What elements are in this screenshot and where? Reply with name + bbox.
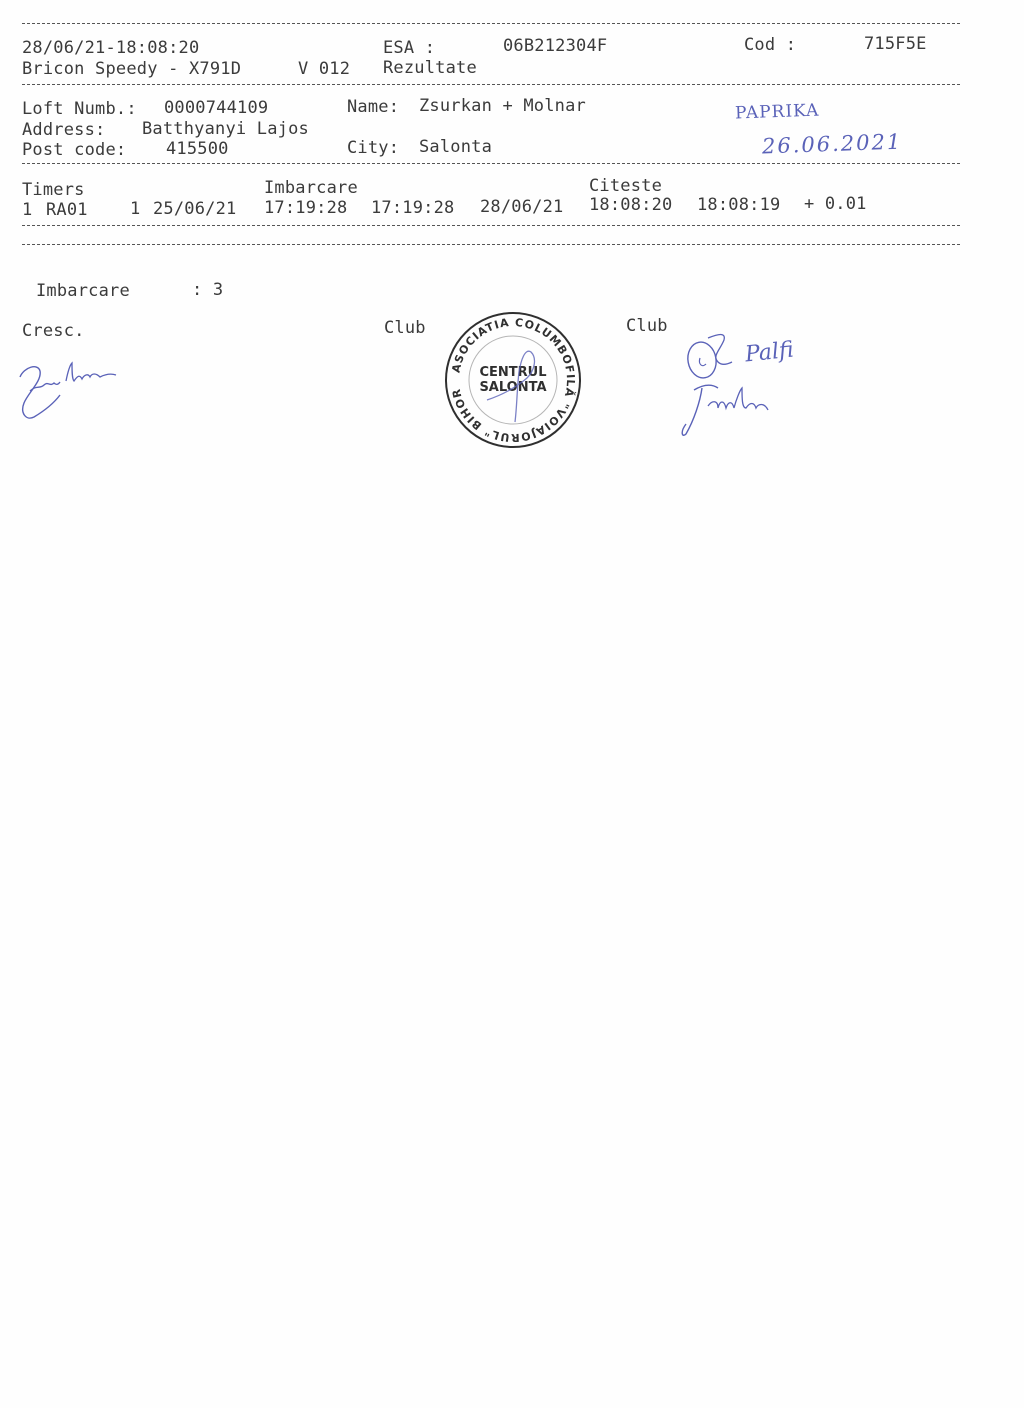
club-signature-label-1: Club [384, 318, 426, 338]
citeste-time-2: 18:08:19 [697, 195, 780, 215]
device-name: Bricon Speedy - X791D [22, 59, 241, 79]
col-imbarcare: Imbarcare [264, 178, 358, 198]
esa-label: ESA : [383, 38, 435, 58]
city-label: City: [347, 138, 399, 158]
col-citeste: Citeste [589, 176, 662, 196]
time-difference: + 0.01 [804, 194, 867, 214]
divider [22, 244, 960, 245]
handwritten-race-date: 26.06.2021 [762, 130, 903, 159]
handwritten-race-name: PAPRIKA [735, 101, 820, 124]
imbarcare-time-1: 17:19:28 [264, 198, 347, 218]
timer-id: RA01 [46, 200, 88, 220]
name-label: Name: [347, 97, 399, 117]
cod-label: Cod : [744, 35, 796, 55]
club-signature-name: Palfi [744, 338, 795, 368]
divider [22, 84, 960, 85]
loft-label: Loft Numb.: [22, 99, 137, 119]
citeste-time-1: 18:08:20 [589, 195, 672, 215]
cod-value: 715F5E [864, 34, 927, 54]
city-value: Salonta [419, 137, 492, 157]
postcode-label: Post code: [22, 140, 126, 160]
device-version: V 012 [298, 59, 350, 79]
postcode-value: 415500 [166, 139, 229, 159]
club-stamp: ASOCIATIA COLUMBOFILĂ "VOIAJORUL" BIHOR … [443, 310, 583, 450]
imbarcare-time-2: 17:19:28 [371, 198, 454, 218]
results-printout: 28/06/21-18:08:20 ESA : 06B212304F Cod :… [0, 0, 1024, 1408]
divider [22, 163, 960, 164]
citeste-date: 28/06/21 [480, 197, 563, 217]
imbarcare-count-value: : 3 [192, 280, 223, 300]
divider [22, 225, 960, 226]
imbarcare-count-label: Imbarcare [36, 281, 130, 301]
name-value: Zsurkan + Molnar [419, 96, 586, 116]
esa-value: 06B212304F [503, 36, 607, 56]
loft-value: 0000744109 [164, 98, 268, 118]
col-timers: Timers [22, 180, 85, 200]
club-signature-label-2: Club [626, 316, 668, 336]
timer-num: 1 [130, 199, 140, 219]
print-datetime: 28/06/21-18:08:20 [22, 38, 199, 58]
row-index: 1 [22, 200, 32, 220]
breeder-signature-label: Cresc. [22, 321, 85, 341]
divider [22, 23, 960, 24]
report-type: Rezultate [383, 58, 477, 78]
address-value: Batthyanyi Lajos [142, 119, 309, 139]
address-label: Address: [22, 120, 105, 140]
imbarcare-date: 25/06/21 [153, 199, 236, 219]
breeder-signature [14, 355, 124, 440]
stamp-center-line-1: CENTRUL [479, 365, 546, 380]
